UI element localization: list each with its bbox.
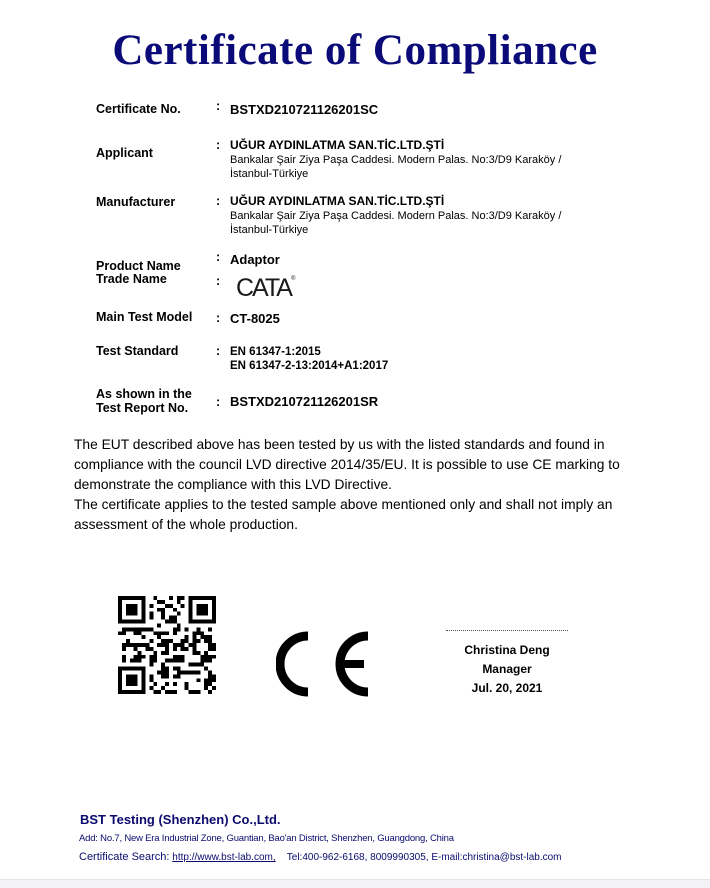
colon: : [216, 250, 220, 264]
main-test-model-value: CT-8025 [230, 311, 280, 326]
search-link[interactable]: http://www.bst-lab.com, [172, 852, 275, 863]
applicant-address-line2: İstanbul-Türkiye [230, 167, 620, 181]
colon: : [216, 138, 220, 152]
applicant-address: Bankalar Şair Ziya Paşa Caddesi. Modern … [230, 153, 620, 181]
ce-mark-icon [276, 630, 372, 698]
colon: : [216, 194, 220, 208]
product-name-value: Adaptor [230, 252, 280, 267]
applicant-address-line1: Bankalar Şair Ziya Paşa Caddesi. Modern … [230, 153, 620, 167]
cata-logo-text: CATA [236, 274, 291, 302]
colon: : [216, 344, 220, 358]
test-report-value: BSTXD210721126201SR [230, 394, 378, 409]
test-report-label-line2: Test Report No. [96, 401, 188, 415]
colon: : [216, 395, 220, 409]
qr-code-icon [118, 596, 216, 694]
test-standard-label: Test Standard [96, 344, 216, 358]
trade-name-label: Trade Name [96, 272, 216, 286]
certificate-no-value: BSTXD210721126201SC [230, 102, 378, 117]
signature-date: Jul. 20, 2021 [446, 679, 568, 698]
test-standard-values: EN 61347-1:2015 EN 61347-2-13:2014+A1:20… [230, 345, 388, 373]
search-label: Certificate Search: [79, 851, 169, 863]
colon: : [216, 99, 220, 113]
signer-name: Christina Deng [446, 641, 568, 660]
signature-block: Christina Deng Manager Jul. 20, 2021 [446, 630, 568, 698]
colon: : [216, 311, 220, 325]
test-standard-2: EN 61347-2-13:2014+A1:2017 [230, 359, 388, 373]
footer-search: Certificate Search: http://www.bst-lab.c… [79, 851, 562, 863]
certificate-no-label: Certificate No. [96, 102, 216, 116]
signer-title: Manager [446, 660, 568, 679]
footer-company: BST Testing (Shenzhen) Co.,Ltd. [80, 812, 281, 827]
footer-address: Add: No.7, New Era Industrial Zone, Guan… [79, 833, 454, 844]
registered-mark-icon: ® [291, 276, 295, 282]
test-report-label: As shown in the Test Report No. [96, 387, 216, 415]
signature-line [446, 630, 568, 631]
test-standard-1: EN 61347-1:2015 [230, 345, 388, 359]
test-report-label-line1: As shown in the [96, 387, 192, 401]
compliance-statement: The EUT described above has been tested … [74, 435, 644, 535]
cata-logo: CATA® [236, 274, 295, 303]
manufacturer-name: UĞUR AYDINLATMA SAN.TİC.LTD.ŞTİ [230, 194, 444, 208]
colon: : [216, 274, 220, 288]
footer-contact: Tel:400-962-6168, 8009990305, E-mail:chr… [287, 852, 562, 863]
statement-paragraph-1: The EUT described above has been tested … [74, 435, 644, 495]
manufacturer-address-line2: İstanbul-Türkiye [230, 223, 620, 237]
certificate-title: Certificate of Compliance [0, 26, 710, 75]
bottom-strip [0, 879, 710, 888]
applicant-name: UĞUR AYDINLATMA SAN.TİC.LTD.ŞTİ [230, 138, 444, 152]
main-test-model-label: Main Test Model [96, 310, 216, 324]
manufacturer-address-line1: Bankalar Şair Ziya Paşa Caddesi. Modern … [230, 209, 620, 223]
manufacturer-address: Bankalar Şair Ziya Paşa Caddesi. Modern … [230, 209, 620, 237]
manufacturer-label: Manufacturer [96, 195, 216, 209]
product-name-label: Product Name [96, 259, 216, 273]
statement-paragraph-2: The certificate applies to the tested sa… [74, 495, 644, 535]
applicant-label: Applicant [96, 146, 216, 160]
